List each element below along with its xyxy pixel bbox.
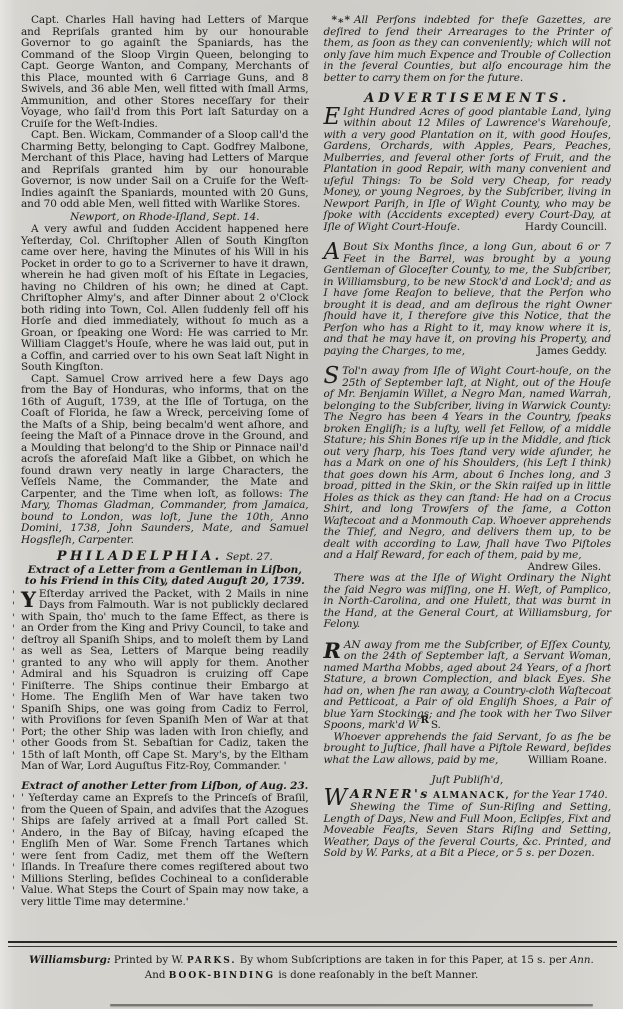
spoon-mark-r: R bbox=[421, 715, 429, 726]
letter-extract-1: ' ' ' ' ' ' ' ' ' ' ' ' ' ' ' YEſterday … bbox=[21, 589, 309, 773]
almanack-title-year: for the Year 1740. bbox=[510, 789, 607, 801]
newspaper-page: Capt. Charles Hall having had Letters of… bbox=[0, 0, 623, 1009]
news-paragraph-col-allen: A very awful and ſudden Accident happene… bbox=[21, 224, 309, 374]
advertisements-heading: ADVERTISEMENTS. bbox=[324, 93, 612, 105]
margin-quote-marks: ' ' ' ' ' ' ' ' ' bbox=[12, 794, 15, 898]
imprint-line-2: And BOOK-BINDING is done reaſonably in t… bbox=[10, 968, 613, 983]
right-column: *⁎*All Perſons indebted for theſe Gazett… bbox=[324, 15, 612, 908]
imprint-city: Williamsburg: bbox=[29, 954, 111, 966]
paragraph-servant-reward: Whoever apprehends the ſaid Servant, ſo … bbox=[324, 732, 612, 767]
dropcap-letter-w: W bbox=[324, 788, 351, 808]
imprint-printed-by: Printed by W. bbox=[111, 954, 187, 966]
page-bottom-edge-shadow bbox=[110, 1004, 593, 1006]
letter-extract-2-text: ' Yeſterday came an Expreſs to the Princ… bbox=[21, 792, 309, 908]
almanack-title: ARNER's ALMANACK, for the Year 1740. bbox=[324, 788, 612, 803]
philadelphia-city-name: PHILADELPHIA. bbox=[57, 549, 223, 564]
paragraph-isle-of-wight-ordinary: There was at the Iſle of Wight Ordinary … bbox=[324, 573, 612, 631]
news-paragraph-capt-wickam: Capt. Ben. Wickam, Commander of a Sloop … bbox=[21, 130, 309, 211]
almanack-title-smallcaps: ALMANACK, bbox=[433, 791, 510, 801]
asterism-mark: *⁎* bbox=[332, 14, 351, 26]
wreck-paragraph-roman-text: Capt. Samuel Crow arrived here a few Day… bbox=[21, 373, 309, 500]
dateline-newport: Newport, on Rhode-Iſland, Sept. 14. bbox=[21, 212, 309, 224]
printer-notice: *⁎*All Perſons indebted for theſe Gazett… bbox=[324, 15, 612, 84]
letter-extract-heading-1: Extract of a Letter from a Gentleman in … bbox=[21, 565, 309, 588]
ad-land-for-sale: EIght Hundred Acres of good plantable La… bbox=[324, 107, 612, 234]
dropcap-letter-r: R bbox=[324, 640, 344, 660]
news-paragraph-capt-hall: Capt. Charles Hall having had Letters of… bbox=[21, 15, 309, 130]
dropcap-letter-y: Y bbox=[21, 589, 39, 609]
ad-stolen-negro: STol'n away from Iſle of Wight Court-hou… bbox=[324, 366, 612, 573]
ad-gun-text: Bout Six Months ſince, a long Gun, about… bbox=[324, 241, 612, 357]
ad-land-text: Ight Hundred Acres of good plantable Lan… bbox=[324, 106, 612, 233]
almanack-title-main: ARNER's bbox=[350, 786, 430, 801]
imprint-manner: is done reaſonably in the beſt Manner. bbox=[275, 969, 478, 981]
imprint-subscriptions: By whom Subſcriptions are taken in for t… bbox=[237, 954, 570, 966]
margin-quote-marks: ' ' ' ' ' ' ' ' ' ' ' ' ' ' ' bbox=[12, 590, 15, 763]
imprint-per-annum: Ann. bbox=[570, 954, 594, 966]
ad-runaway-text: AN away from me the Subſcriber, of Eſſex… bbox=[324, 639, 612, 732]
letter-extract-1-text: Eſterday arrived the Packet, with 2 Mail… bbox=[21, 588, 309, 773]
printer-notice-text: All Perſons indebted for theſe Gazettes,… bbox=[324, 14, 612, 84]
philadelphia-date: Sept. 27. bbox=[226, 551, 273, 563]
ad-long-gun: ABout Six Months ſince, a long Gun, abou… bbox=[324, 242, 612, 357]
dropcap-letter-a: A bbox=[324, 242, 344, 262]
imprint-bookbinding: BOOK-BINDING bbox=[169, 971, 275, 981]
ad-runaway-servant: RAN away from me the Subſcriber, of Eſſe… bbox=[324, 640, 612, 732]
dropcap-letter-s: S bbox=[324, 366, 343, 386]
letter-extract-2: ' ' ' ' ' ' ' ' ' ' Yeſterday came an Ex… bbox=[21, 793, 309, 908]
letter-extract-heading-2: Extract of another Letter from Liſbon, o… bbox=[21, 781, 309, 793]
spoon-mark-s: S. bbox=[431, 719, 441, 731]
left-column: Capt. Charles Hall having had Letters of… bbox=[21, 15, 309, 908]
ad-stolen-text: Tol'n away from Iſle of Wight Court-houſ… bbox=[324, 365, 612, 561]
imprint-printer-name: PARKS. bbox=[187, 956, 237, 966]
almanack-description: Shewing the Time of Sun-Riſing and Setti… bbox=[324, 802, 612, 860]
two-column-text-area: Capt. Charles Hall having had Letters of… bbox=[0, 0, 623, 908]
dateline-philadelphia: PHILADELPHIA. Sept. 27. bbox=[21, 551, 309, 564]
imprint-line-1: Williamsburg: Printed by W. PARKS. By wh… bbox=[10, 953, 613, 968]
imprint-and: And bbox=[145, 969, 169, 981]
dropcap-letter-e: E bbox=[324, 107, 344, 127]
news-paragraph-wreck: Capt. Samuel Crow arrived here a few Day… bbox=[21, 374, 309, 547]
imprint-footer: Williamsburg: Printed by W. PARKS. By wh… bbox=[10, 953, 613, 983]
ad-warners-almanack: W ARNER's ALMANACK, for the Year 1740. S… bbox=[324, 788, 612, 860]
footer-double-rule bbox=[8, 941, 617, 947]
